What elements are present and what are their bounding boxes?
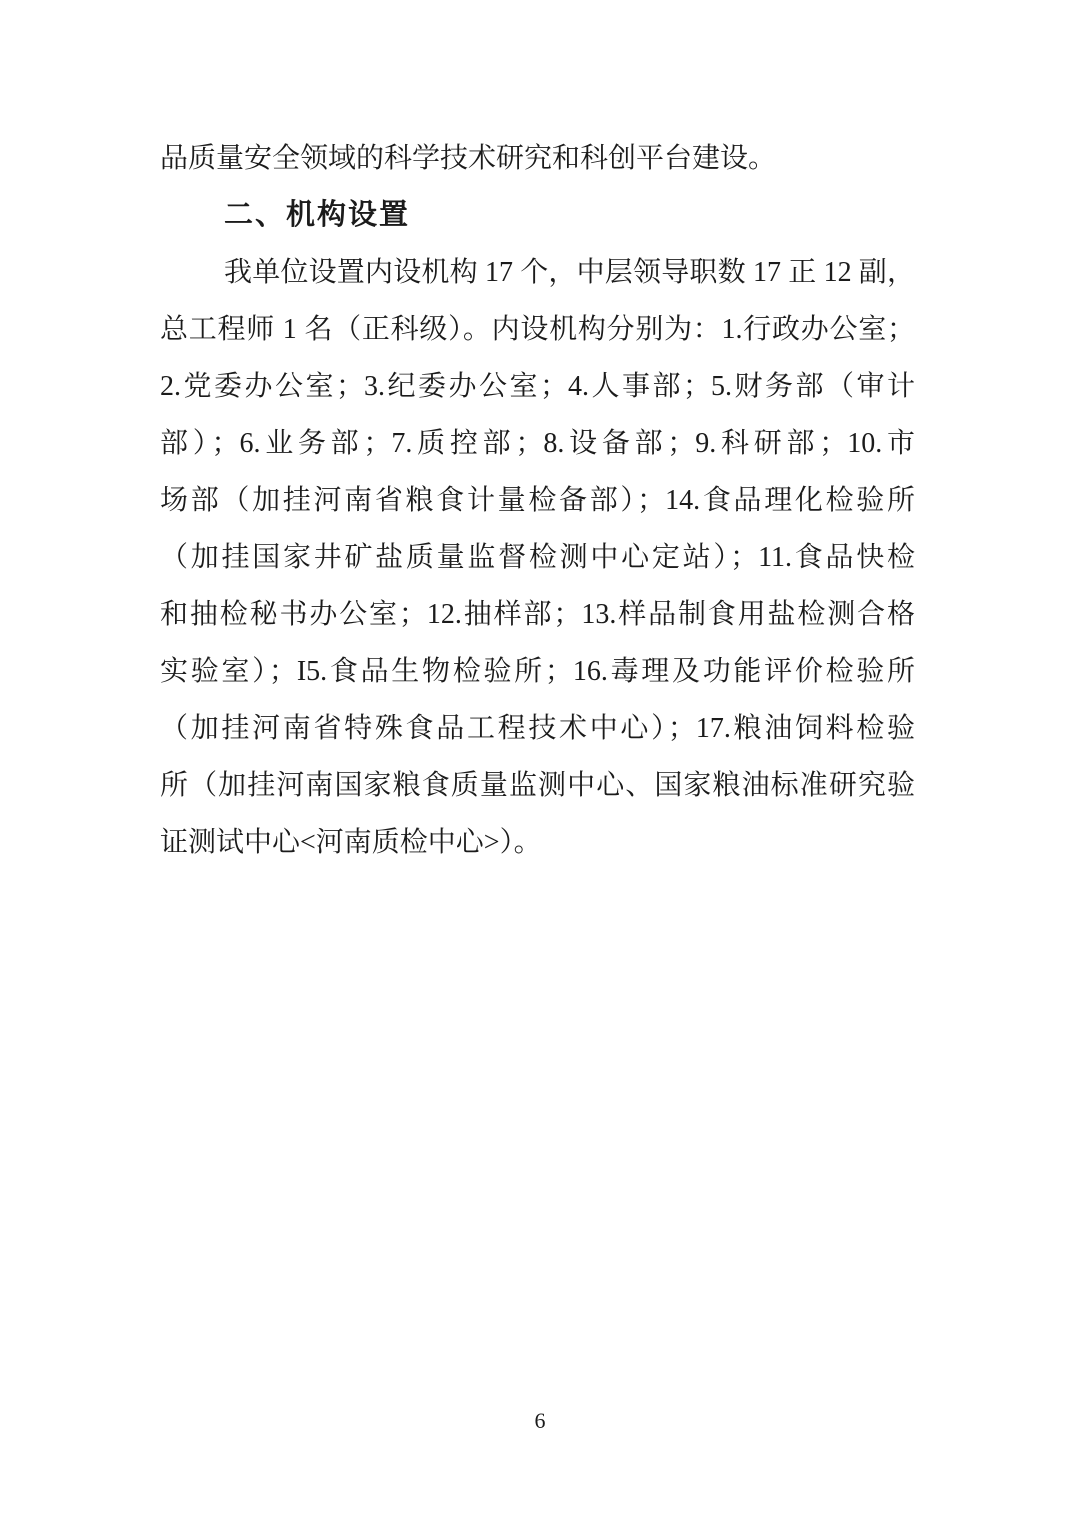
document-body: 品质量安全领域的科学技术研究和科创平台建设。 二、机构设置 我单位设置内设机构 … <box>160 130 915 871</box>
page-number: 6 <box>0 1406 1080 1436</box>
body-line: 部）；6.业务部；7.质控部；8.设备部；9.科研部；10.市 <box>160 415 915 472</box>
document-page: 品质量安全领域的科学技术研究和科创平台建设。 二、机构设置 我单位设置内设机构 … <box>0 0 1080 1527</box>
section-heading: 二、机构设置 <box>160 187 915 244</box>
body-line: 总工程师 1 名（正科级）。内设机构分别为：1.行政办公室； <box>160 301 915 358</box>
body-line: 我单位设置内设机构 17 个，中层领导职数 17 正 12 副， <box>160 244 915 301</box>
body-line: （加挂河南省特殊食品工程技术中心）；17.粮油饲料检验 <box>160 700 915 757</box>
body-line: （加挂国家井矿盐质量监督检测中心定站）；11.食品快检 <box>160 529 915 586</box>
body-line-last: 证测试中心<河南质检中心>）。 <box>160 814 915 871</box>
body-line: 场部（加挂河南省粮食计量检备部）；14.食品理化检验所 <box>160 472 915 529</box>
body-line: 和抽检秘书办公室；12.抽样部；13.样品制食用盐检测合格 <box>160 586 915 643</box>
paragraph-continuation-line: 品质量安全领域的科学技术研究和科创平台建设。 <box>160 130 915 187</box>
body-line: 实验室）；I5.食品生物检验所；16.毒理及功能评价检验所 <box>160 643 915 700</box>
body-line: 2.党委办公室；3.纪委办公室；4.人事部；5.财务部（审计 <box>160 358 915 415</box>
body-line: 所（加挂河南国家粮食质量监测中心、国家粮油标准研究验 <box>160 757 915 814</box>
